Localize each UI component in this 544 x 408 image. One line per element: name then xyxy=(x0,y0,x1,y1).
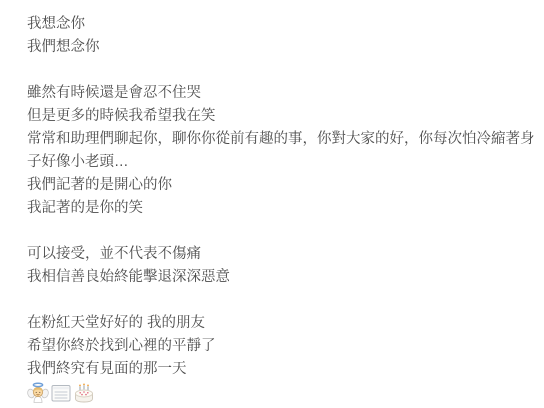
text-line: 可以接受，並不代表不傷痛 xyxy=(27,243,544,266)
emoji-row xyxy=(27,382,544,405)
blank-line xyxy=(27,220,544,243)
blank-line xyxy=(27,59,544,82)
text-line: 希望你終於找到心裡的平靜了 xyxy=(27,335,544,358)
text-line: 我相信善良始終能擊退深深惡意 xyxy=(27,266,544,289)
text-line: 在粉紅天堂好好的 我的朋友 xyxy=(27,312,544,335)
notepad-emoji xyxy=(50,382,72,404)
text-line: 我記著的是你的笑 xyxy=(27,197,544,220)
text-line: 我們記著的是開心的你 xyxy=(27,174,544,197)
text-line: 常常和助理們聊起你，聊你你從前有趣的事，你對大家的好，你每次怕冷縮著身 xyxy=(27,128,544,151)
text-line: 我們想念你 xyxy=(27,36,544,59)
text-line: 我想念你 xyxy=(27,13,544,36)
post-text-block: 我想念你 我們想念你 雖然有時候還是會忍不住哭 但是更多的時候我希望我在笑 常常… xyxy=(0,0,544,408)
baby-angel-emoji xyxy=(27,382,49,404)
text-line: 雖然有時候還是會忍不住哭 xyxy=(27,82,544,105)
text-line: 但是更多的時候我希望我在笑 xyxy=(27,105,544,128)
text-line: 我們終究有見面的那一天 xyxy=(27,358,544,381)
blank-line xyxy=(27,289,544,312)
birthday-cake-emoji xyxy=(73,382,95,404)
text-line: 子好像小老頭… xyxy=(27,151,544,174)
